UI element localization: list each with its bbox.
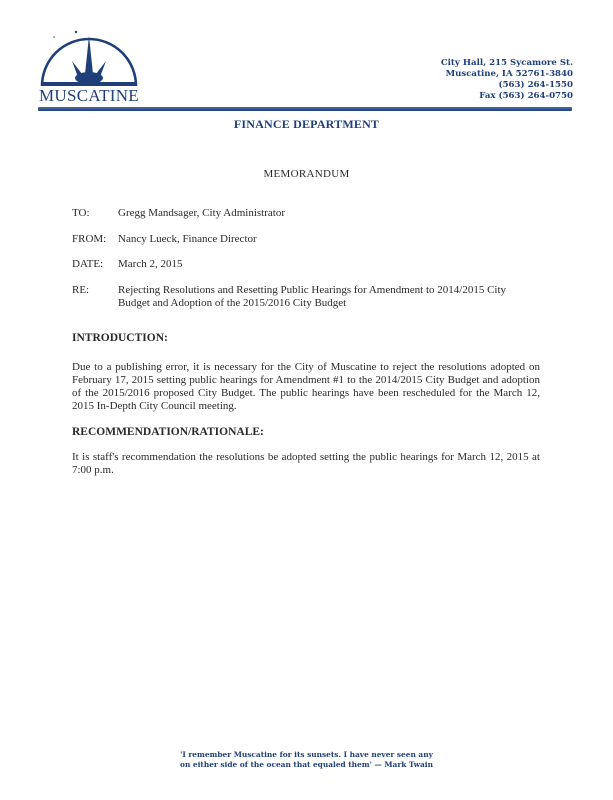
address-line: Muscatine, IA 52761-3840: [441, 69, 573, 80]
date-value: March 2, 2015: [118, 258, 538, 271]
department-title: FINANCE DEPARTMENT: [0, 117, 613, 132]
introduction-body: Due to a publishing error, it is necessa…: [72, 361, 540, 413]
quote-line: on either side of the ocean that equaled…: [0, 760, 613, 770]
to-value: Gregg Mandsager, City Administrator: [118, 207, 538, 220]
phone-line: (563) 264-1550: [441, 80, 573, 91]
logo-wordmark: MUSCATINE: [38, 86, 140, 106]
recommendation-body: It is staff's recommendation the resolut…: [72, 451, 540, 477]
letterhead-divider: [38, 107, 572, 111]
recommendation-heading: RECOMMENDATION/RATIONALE:: [72, 426, 264, 438]
address-line: City Hall, 215 Sycamore St.: [441, 58, 573, 69]
from-value: Nancy Lueck, Finance Director: [118, 233, 538, 246]
introduction-heading: INTRODUCTION:: [72, 332, 168, 344]
fax-line: Fax (563) 264-0750: [441, 91, 573, 102]
re-value: Rejecting Resolutions and Resetting Publ…: [118, 284, 528, 310]
quote-line: 'I remember Muscatine for its sunsets. I…: [0, 750, 613, 760]
city-hall-address: City Hall, 215 Sycamore St. Muscatine, I…: [441, 58, 573, 102]
footer-quote: 'I remember Muscatine for its sunsets. I…: [0, 750, 613, 770]
memo-title: MEMORANDUM: [0, 168, 613, 180]
